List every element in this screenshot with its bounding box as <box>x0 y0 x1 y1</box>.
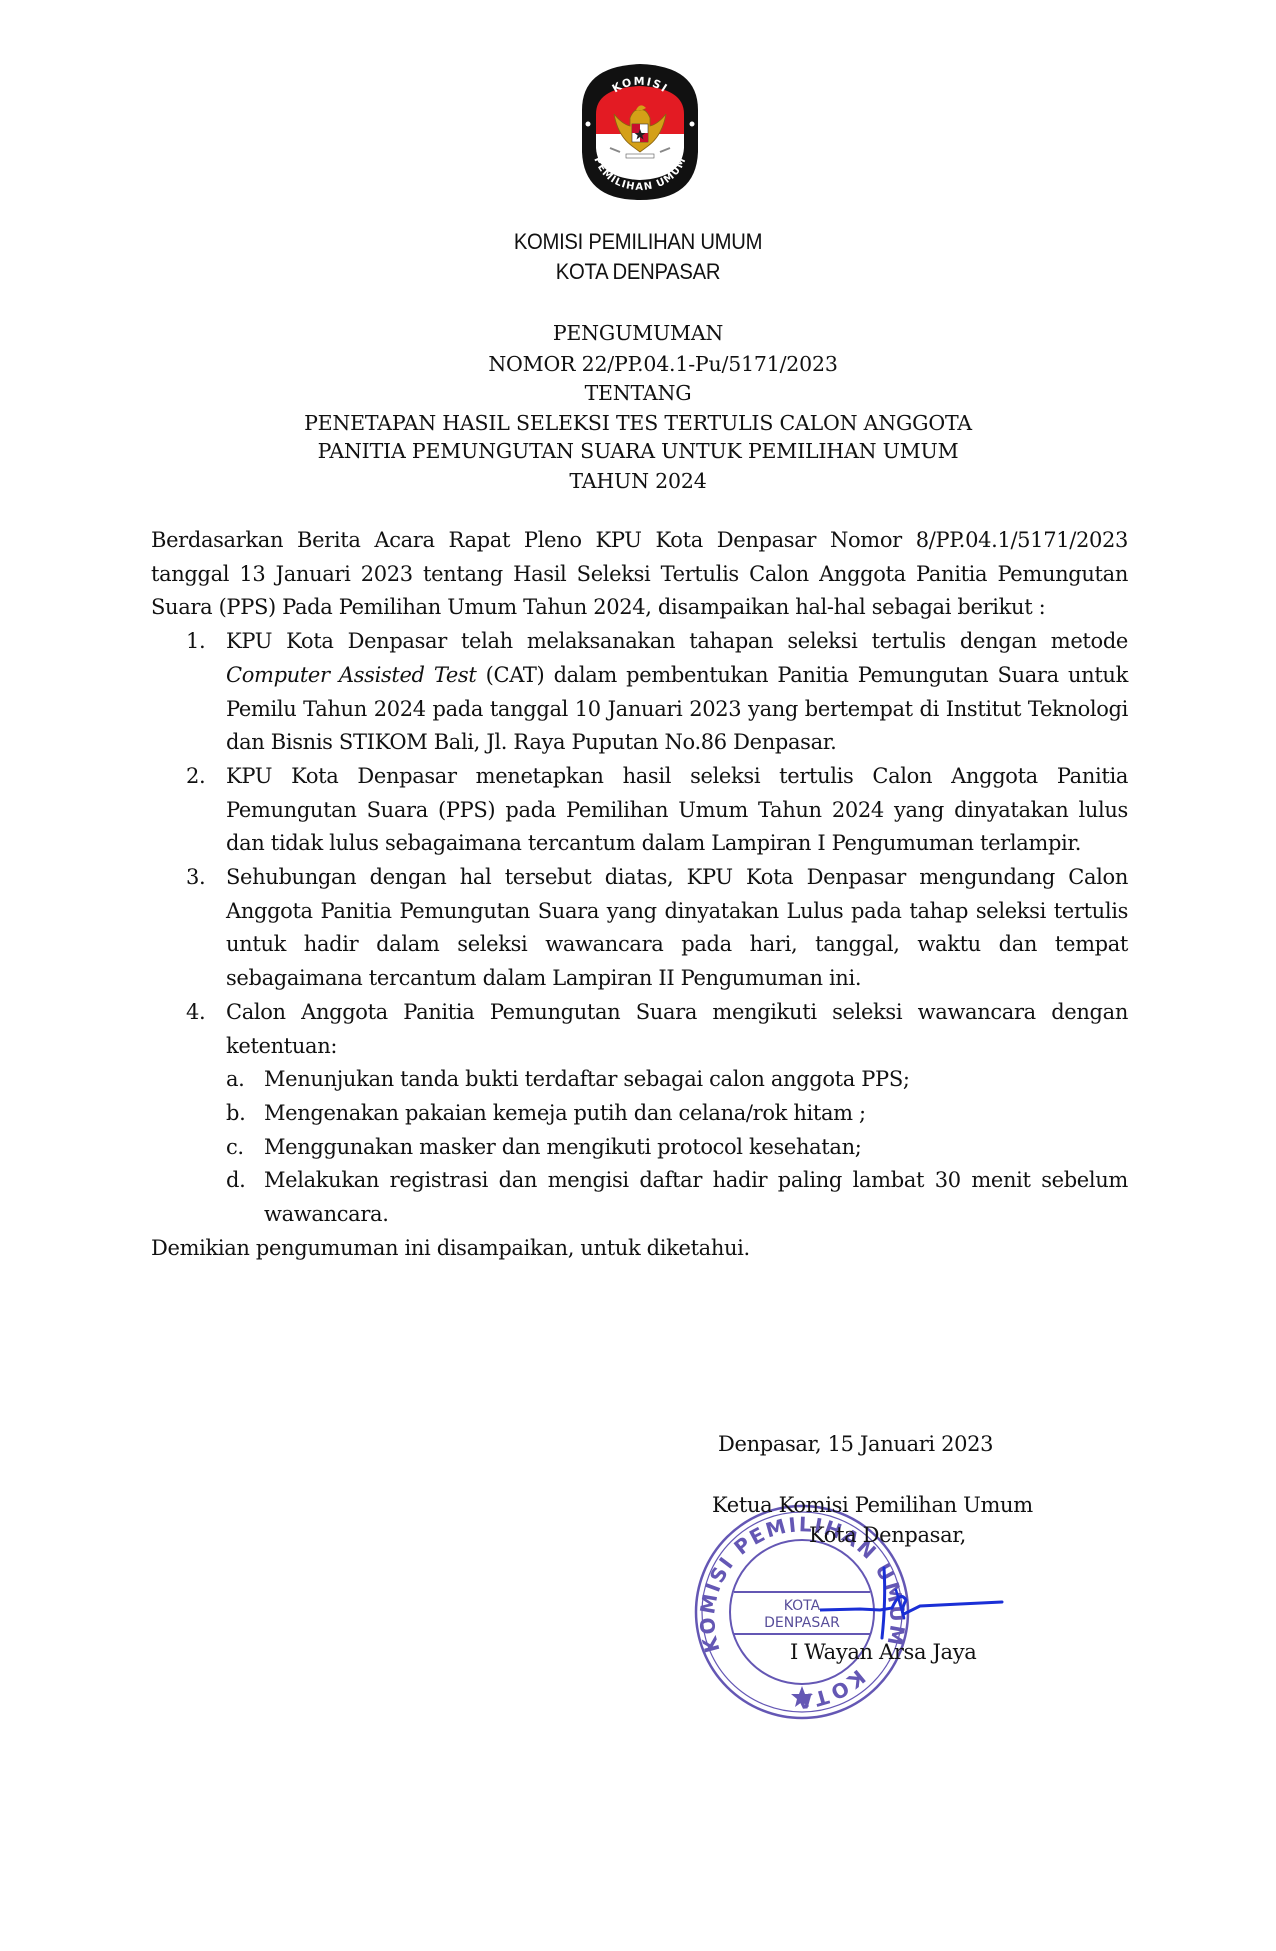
item-text: KPU Kota Denpasar menetapkan hasil selek… <box>226 764 1128 855</box>
sub-list-item: c. Menggunakan masker dan mengikuti prot… <box>151 1131 1128 1165</box>
list-marker: 4. <box>186 996 205 1030</box>
closing-sentence: Demikian pengumuman ini disampaikan, unt… <box>151 1232 1128 1266</box>
sub-item-text: Menunjukan tanda bukti terdaftar sebagai… <box>264 1067 910 1091</box>
subject-line-2: PANITIA PEMUNGUTAN SUARA UNTUK PEMILIHAN… <box>0 436 1276 466</box>
signatory-title-line-1: Ketua Komisi Pemilihan Umum <box>712 1493 1033 1517</box>
kpu-logo: KOMISI PEMILIHAN UMUM <box>574 62 706 202</box>
numbered-list: 1. KPU Kota Denpasar telah melaksanakan … <box>151 625 1128 1232</box>
document-body: Berdasarkan Berita Acara Rapat Pleno KPU… <box>151 524 1128 1265</box>
place-date: Denpasar, 15 Januari 2023 <box>718 1432 993 1456</box>
sub-list-marker: c. <box>226 1131 244 1165</box>
item-text: Sehubungan dengan hal tersebut diatas, K… <box>226 865 1128 990</box>
letterhead-institution: KOMISI PEMILIHAN UMUM <box>51 229 1225 255</box>
kpu-garuda-logo-icon: KOMISI PEMILIHAN UMUM <box>574 62 706 202</box>
sub-item-text: Mengenakan pakaian kemeja putih dan cela… <box>264 1101 866 1125</box>
item-text-before: KPU Kota Denpasar telah melaksanakan tah… <box>226 629 1128 653</box>
about-label: TENTANG <box>0 378 1276 408</box>
svg-text:KOTA: KOTA <box>793 1665 870 1714</box>
list-item: 4. Calon Anggota Panitia Pemungutan Suar… <box>151 996 1128 1232</box>
sub-list-item: d. Melakukan registrasi dan mengisi daft… <box>151 1164 1128 1231</box>
intro-paragraph: Berdasarkan Berita Acara Rapat Pleno KPU… <box>151 524 1128 625</box>
document-type: PENGUMUMAN <box>0 318 1276 348</box>
svg-text:KOTA: KOTA <box>784 1598 821 1614</box>
document-number: NOMOR 22/PP.04.1-Pu/5171/2023 <box>0 349 1276 379</box>
sub-item-text: Menggunakan masker dan mengikuti protoco… <box>264 1135 861 1159</box>
letterhead-city: KOTA DENPASAR <box>51 259 1225 285</box>
signatory-name: I Wayan Arsa Jaya <box>790 1640 976 1664</box>
sub-list-item: a. Menunjukan tanda bukti terdaftar seba… <box>151 1063 1128 1097</box>
list-item: 1. KPU Kota Denpasar telah melaksanakan … <box>151 625 1128 760</box>
list-item: 2. KPU Kota Denpasar menetapkan hasil se… <box>151 760 1128 861</box>
list-marker: 1. <box>186 625 205 659</box>
sub-item-text: Melakukan registrasi dan mengisi daftar … <box>264 1168 1128 1226</box>
sub-list: a. Menunjukan tanda bukti terdaftar seba… <box>226 1063 1128 1232</box>
signatory-title-line-2: Kota Denpasar, <box>809 1523 966 1547</box>
item-text-italic: Computer Assisted Test <box>226 663 476 687</box>
item-text: Calon Anggota Panitia Pemungutan Suara m… <box>226 1000 1128 1058</box>
handwritten-signature <box>820 1560 1020 1650</box>
sub-list-item: b. Mengenakan pakaian kemeja putih dan c… <box>151 1097 1128 1131</box>
signature-icon <box>820 1560 1020 1650</box>
subject-line-1: PENETAPAN HASIL SELEKSI TES TERTULIS CAL… <box>0 408 1276 438</box>
list-marker: 2. <box>186 760 205 794</box>
subject-line-3: TAHUN 2024 <box>0 466 1276 496</box>
sub-list-marker: a. <box>226 1063 245 1097</box>
sub-list-marker: d. <box>226 1164 245 1198</box>
list-marker: 3. <box>186 861 205 895</box>
sub-list-marker: b. <box>226 1097 245 1131</box>
list-item: 3. Sehubungan dengan hal tersebut diatas… <box>151 861 1128 996</box>
